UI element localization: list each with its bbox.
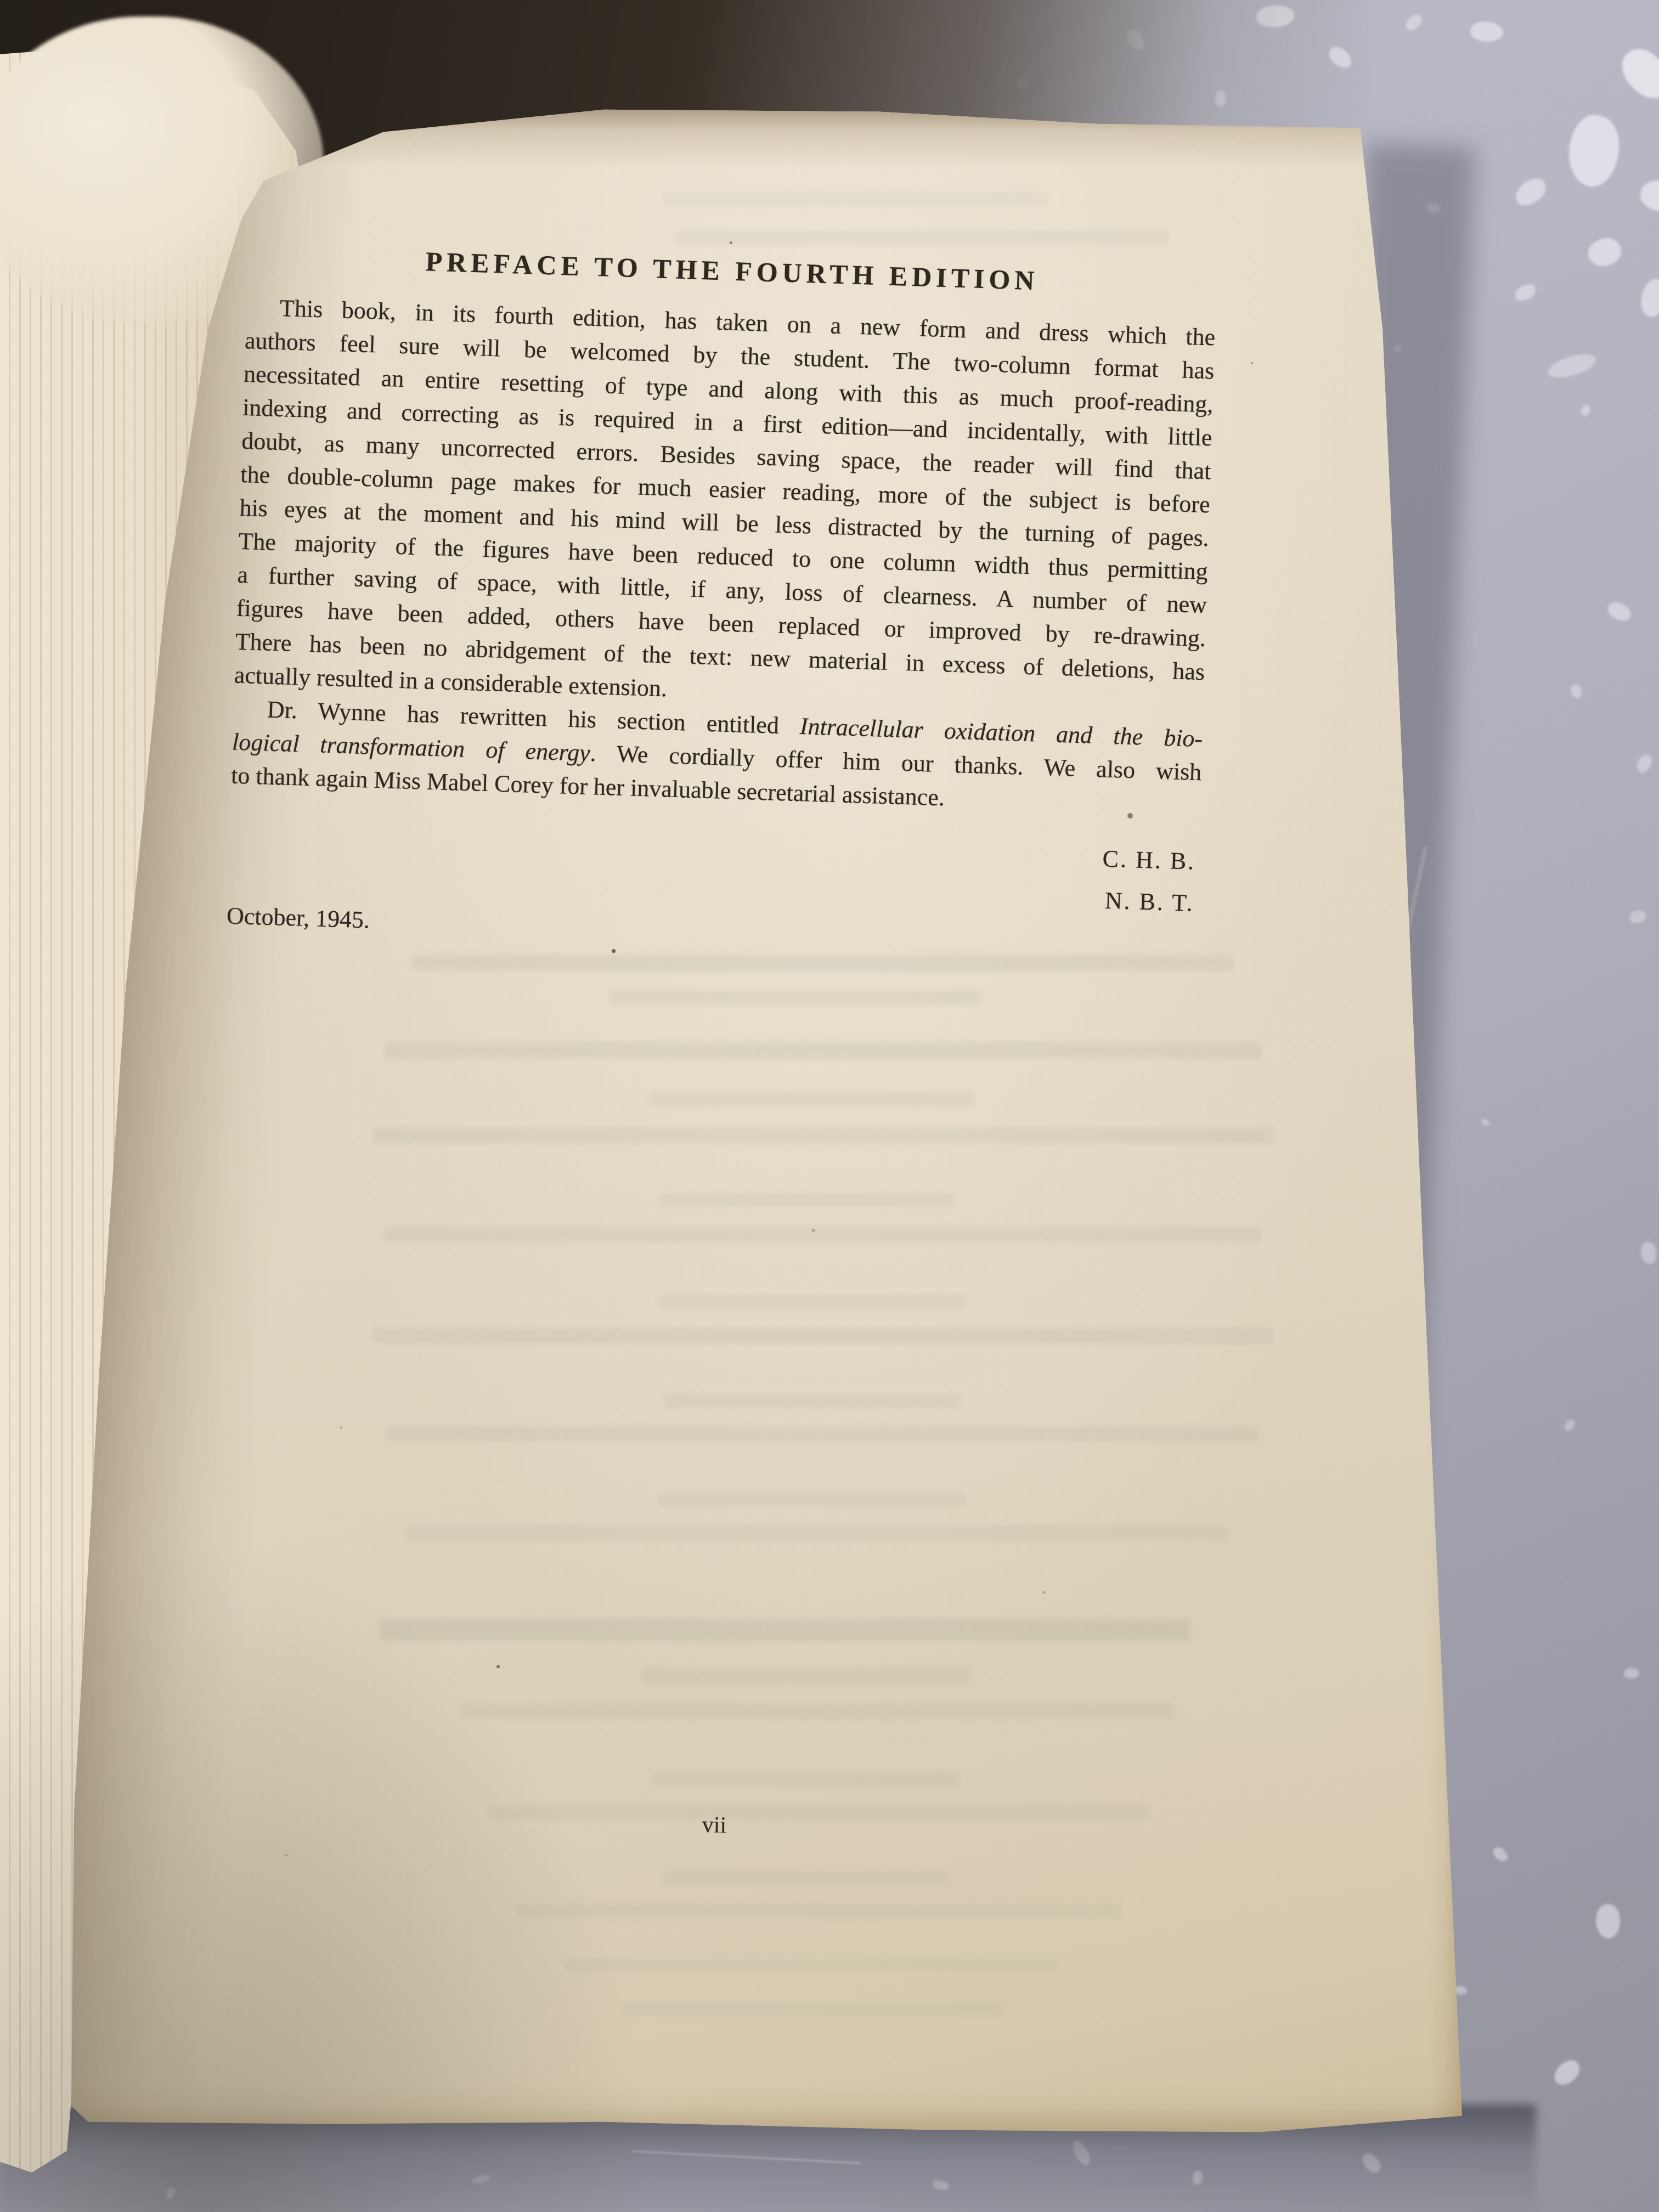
dust-speck bbox=[730, 241, 732, 244]
bleed-through-ghost bbox=[650, 1092, 974, 1106]
text-block: PREFACE TO THE FOURTH EDITION This book,… bbox=[226, 239, 1217, 963]
bleed-through-ghost bbox=[387, 1426, 1259, 1442]
preface-paragraphs: This book, in its fourth edition, has ta… bbox=[230, 290, 1216, 822]
bleed-through-ghost bbox=[406, 1525, 1229, 1541]
dust-speck bbox=[496, 1665, 500, 1668]
book-page: PREFACE TO THE FOURTH EDITION This book,… bbox=[71, 101, 1465, 2134]
page-number: vii bbox=[654, 1811, 775, 1840]
bleed-through-ghost bbox=[488, 1805, 1147, 1820]
bleed-through-ghost bbox=[373, 1328, 1273, 1344]
dust-speck bbox=[612, 949, 616, 953]
bleed-through-ghost bbox=[664, 1393, 960, 1408]
bleed-through-ghost bbox=[653, 1772, 960, 1786]
dust-speck bbox=[812, 1229, 815, 1232]
dust-speck bbox=[900, 357, 902, 359]
bleed-through-ghost bbox=[379, 1618, 1190, 1641]
dust-speck bbox=[417, 307, 419, 309]
page-title: PREFACE TO THE FOURTH EDITION bbox=[247, 239, 1217, 303]
bleed-through-ghost bbox=[461, 1703, 1174, 1719]
bleed-through-ghost bbox=[609, 990, 982, 1005]
bleed-through-ghost bbox=[516, 1904, 1119, 1918]
bleed-through-ghost bbox=[658, 1295, 966, 1309]
bleed-through-ghost bbox=[664, 192, 1048, 205]
bleed-through-ghost bbox=[658, 1492, 966, 1506]
dust-speck bbox=[1251, 362, 1253, 364]
dust-speck bbox=[285, 1854, 287, 1857]
bleed-through-ghost bbox=[384, 1042, 1262, 1059]
bleed-through-ghost bbox=[642, 1668, 971, 1684]
bleed-through-ghost bbox=[384, 1226, 1262, 1243]
bleed-through-ghost bbox=[675, 230, 1169, 245]
book-photo-scene: PREFACE TO THE FOURTH EDITION This book,… bbox=[0, 0, 1659, 2212]
bleed-through-ghost bbox=[373, 1127, 1273, 1144]
dust-speck bbox=[1127, 813, 1133, 819]
dust-speck bbox=[340, 1426, 342, 1429]
paragraph: This book, in its fourth edition, has ta… bbox=[234, 290, 1216, 722]
bleed-through-ghost bbox=[664, 1871, 949, 1885]
bleed-through-ghost bbox=[620, 2002, 1004, 2016]
dust-speck bbox=[1042, 1591, 1045, 1594]
bleed-through-ghost bbox=[565, 1959, 1059, 1973]
bleed-through-ghost bbox=[658, 1193, 955, 1207]
